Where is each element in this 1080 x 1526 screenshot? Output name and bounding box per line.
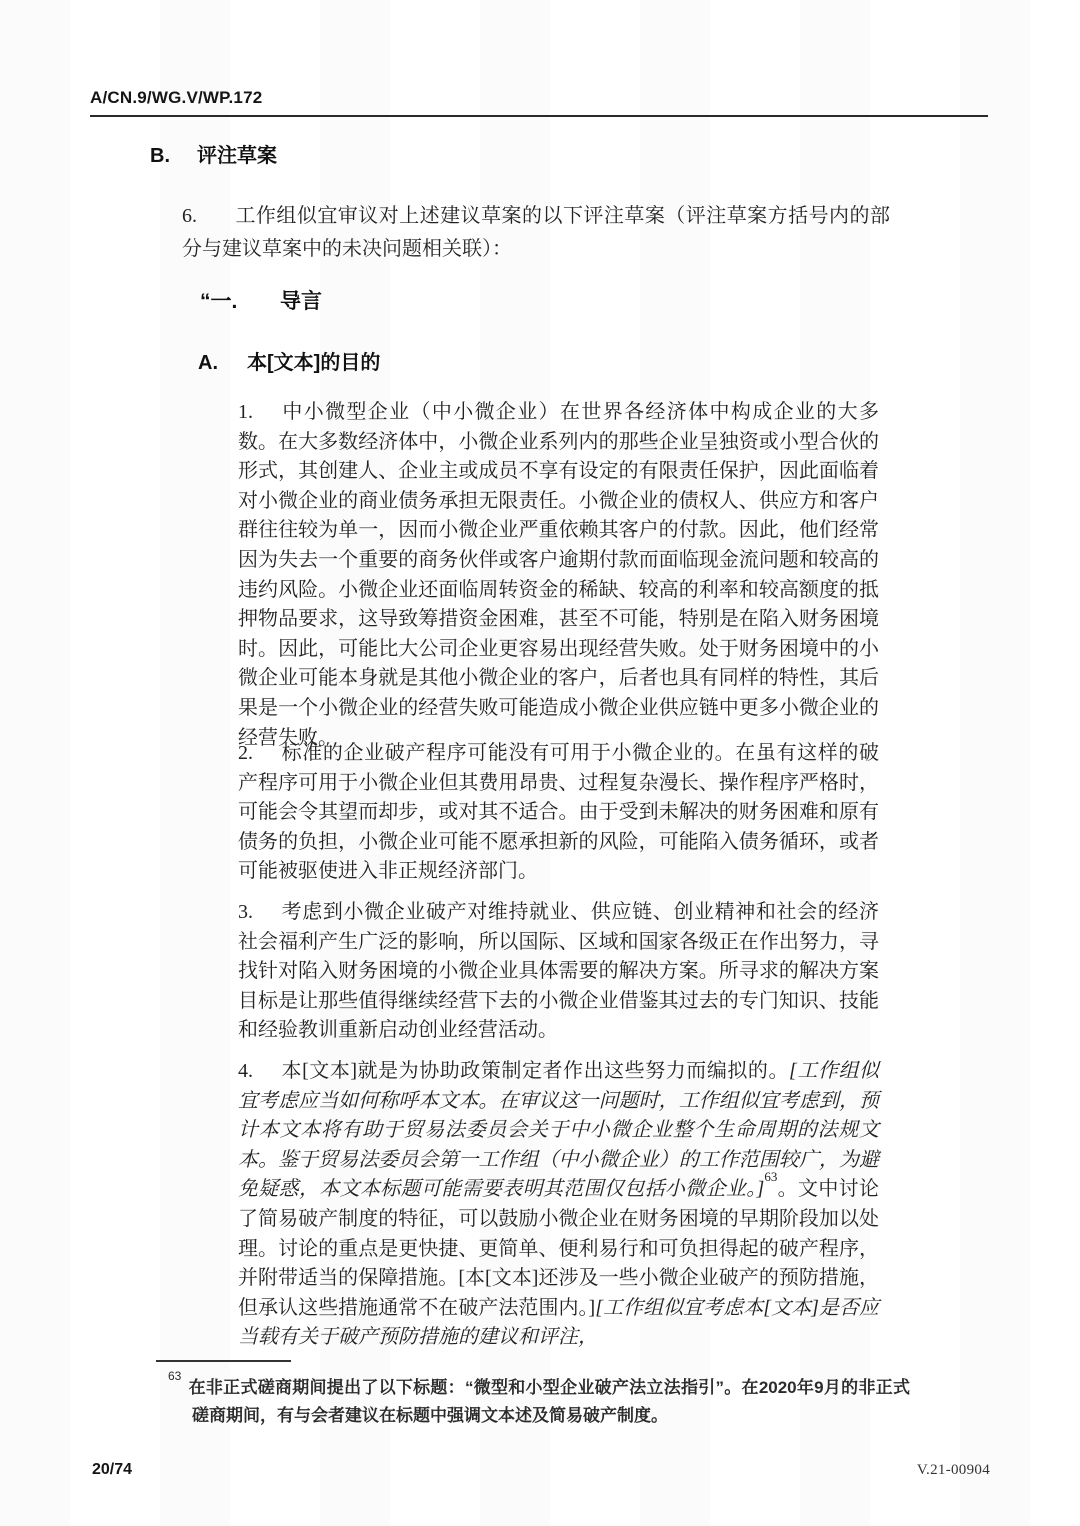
paragraph-2: 2.标准的企业破产程序可能没有可用于小微企业的。在虽有这样的破产程序可用于小微企… [238, 739, 879, 887]
quote-heading-a-title: 本[文本]的目的 [247, 352, 380, 374]
paragraph-6-text: 工作组似宜审议对上述建议草案的以下评注草案（评注草案方括号内的部分与建议草案中的… [182, 205, 890, 260]
section-b-title: 评注草案 [197, 145, 277, 167]
paragraph-2-number: 2. [238, 739, 281, 769]
paragraph-1-number: 1. [238, 398, 281, 428]
paragraph-4-number: 4. [238, 1057, 281, 1087]
footnote-separator-rule [156, 1360, 291, 1362]
footnote-63-reference: 63 [764, 1169, 777, 1184]
quote-heading-one-title: 导言 [280, 290, 322, 313]
doc-symbol: A/CN.9/WG.V/WP.172 [90, 88, 262, 108]
document-page: A/CN.9/WG.V/WP.172 B.评注草案 6.工作组似宜审议对上述建议… [0, 0, 1080, 1526]
quote-heading-a-label: A. [198, 352, 247, 375]
paragraph-2-text: 标准的企业破产程序可能没有可用于小微企业的。在虽有这样的破产程序可用于小微企业但… [238, 742, 879, 882]
paragraph-6-number: 6. [182, 200, 235, 233]
quote-heading-one: “一.导言 [200, 285, 322, 315]
header-rule [90, 115, 988, 117]
document-job-number: V.21-00904 [917, 1462, 990, 1479]
paragraph-3-number: 3. [238, 898, 281, 928]
paragraph-1: 1.中小微型企业（中小微企业）在世界各经济体中构成企业的大多数。在大多数经济体中… [238, 398, 879, 753]
page-number: 20/74 [92, 1461, 132, 1479]
footnote-63-text: 在非正式磋商期间提出了以下标题：“微型和小型企业破产法立法指引”。在2020年9… [188, 1378, 910, 1425]
paragraph-4-segment-1: 本[文本]就是为协助政策制定者作出这些努力而编拟的。 [281, 1060, 789, 1082]
paragraph-1-text: 中小微型企业（中小微企业）在世界各经济体中构成企业的大多数。在大多数经济体中，小… [238, 401, 879, 749]
section-b-label: B. [150, 145, 197, 168]
paragraph-3-text: 考虑到小微企业破产对维持就业、供应链、创业精神和社会的经济社会福利产生广泛的影响… [238, 901, 879, 1041]
section-b-heading: B.评注草案 [150, 139, 277, 168]
paragraph-4: 4.本[文本]就是为协助政策制定者作出这些努力而编拟的。[工作组似宜考虑应当如何… [238, 1057, 879, 1353]
paragraph-6: 6.工作组似宜审议对上述建议草案的以下评注草案（评注草案方括号内的部分与建议草案… [182, 200, 890, 266]
footnote-63-marker: 63 [168, 1369, 188, 1383]
quote-heading-a: A.本[文本]的目的 [198, 346, 380, 375]
quote-heading-one-label: “一. [200, 285, 280, 315]
paragraph-3: 3.考虑到小微企业破产对维持就业、供应链、创业精神和社会的经济社会福利产生广泛的… [238, 898, 879, 1046]
footnote-63: 63在非正式磋商期间提出了以下标题：“微型和小型企业破产法立法指引”。在2020… [168, 1374, 910, 1430]
